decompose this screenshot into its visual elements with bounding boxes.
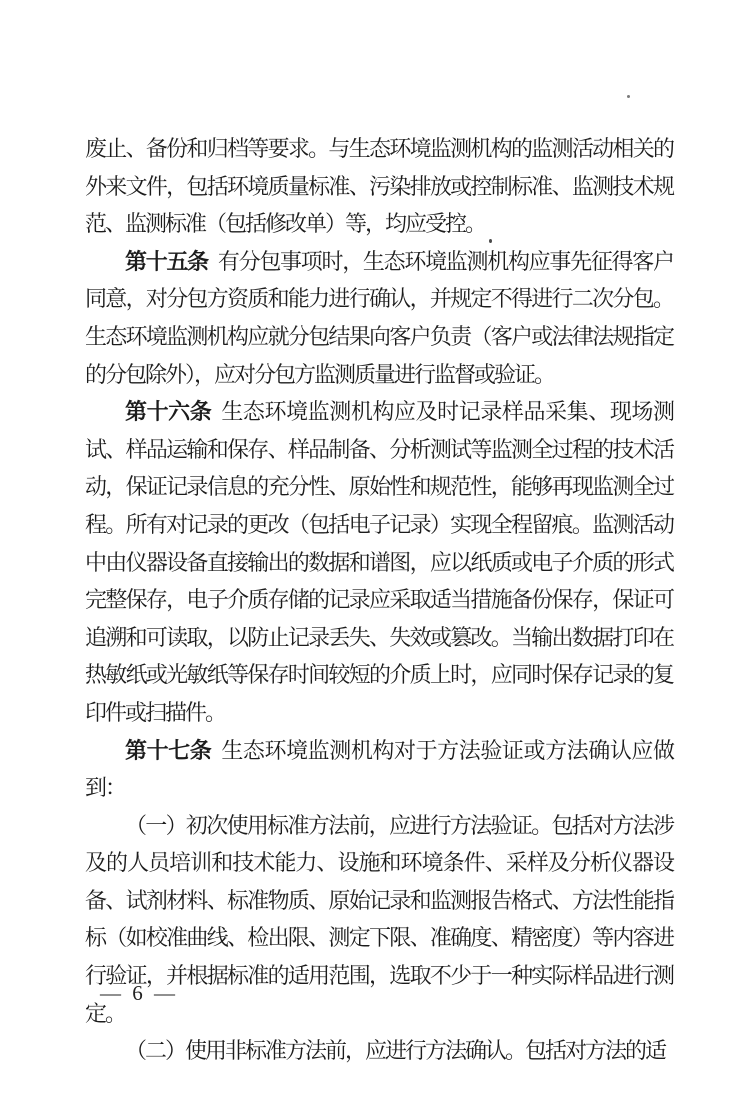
article-number: 第十五条 bbox=[125, 249, 208, 274]
article-number: 第十六条 bbox=[125, 399, 211, 424]
paragraph: 第十五条有分包事项时，生态环境监测机构应事先征得客户同意，对分包方资质和能力进行… bbox=[85, 243, 673, 393]
article-number: 第十七条 bbox=[125, 738, 211, 763]
paragraph-text: （二）使用非标准方法前，应进行方法确认。包括对方法的适 bbox=[125, 1038, 665, 1063]
paragraph: （二）使用非标准方法前，应进行方法确认。包括对方法的适 bbox=[85, 1032, 673, 1070]
page-number: — 6 — bbox=[100, 981, 178, 1006]
paragraph-text: 废止、备份和归档等要求。与生态环境监测机构的监测活动相关的外来文件，包括环境质量… bbox=[85, 136, 673, 236]
paragraph: 第十七条生态环境监测机构对于方法验证或方法确认应做到： bbox=[85, 732, 673, 807]
paragraph-text: 生态环境监测机构应及时记录样品采集、现场测试、样品运输和保存、样品制备、分析测试… bbox=[85, 399, 673, 725]
paragraph: 废止、备份和归档等要求。与生态环境监测机构的监测活动相关的外来文件，包括环境质量… bbox=[85, 130, 673, 243]
scan-speck bbox=[627, 95, 630, 98]
document-body: 废止、备份和归档等要求。与生态环境监测机构的监测活动相关的外来文件，包括环境质量… bbox=[85, 130, 673, 1070]
paragraph: 第十六条生态环境监测机构应及时记录样品采集、现场测试、样品运输和保存、样品制备、… bbox=[85, 393, 673, 731]
document-page: 废止、备份和归档等要求。与生态环境监测机构的监测活动相关的外来文件，包括环境质量… bbox=[0, 0, 755, 1104]
